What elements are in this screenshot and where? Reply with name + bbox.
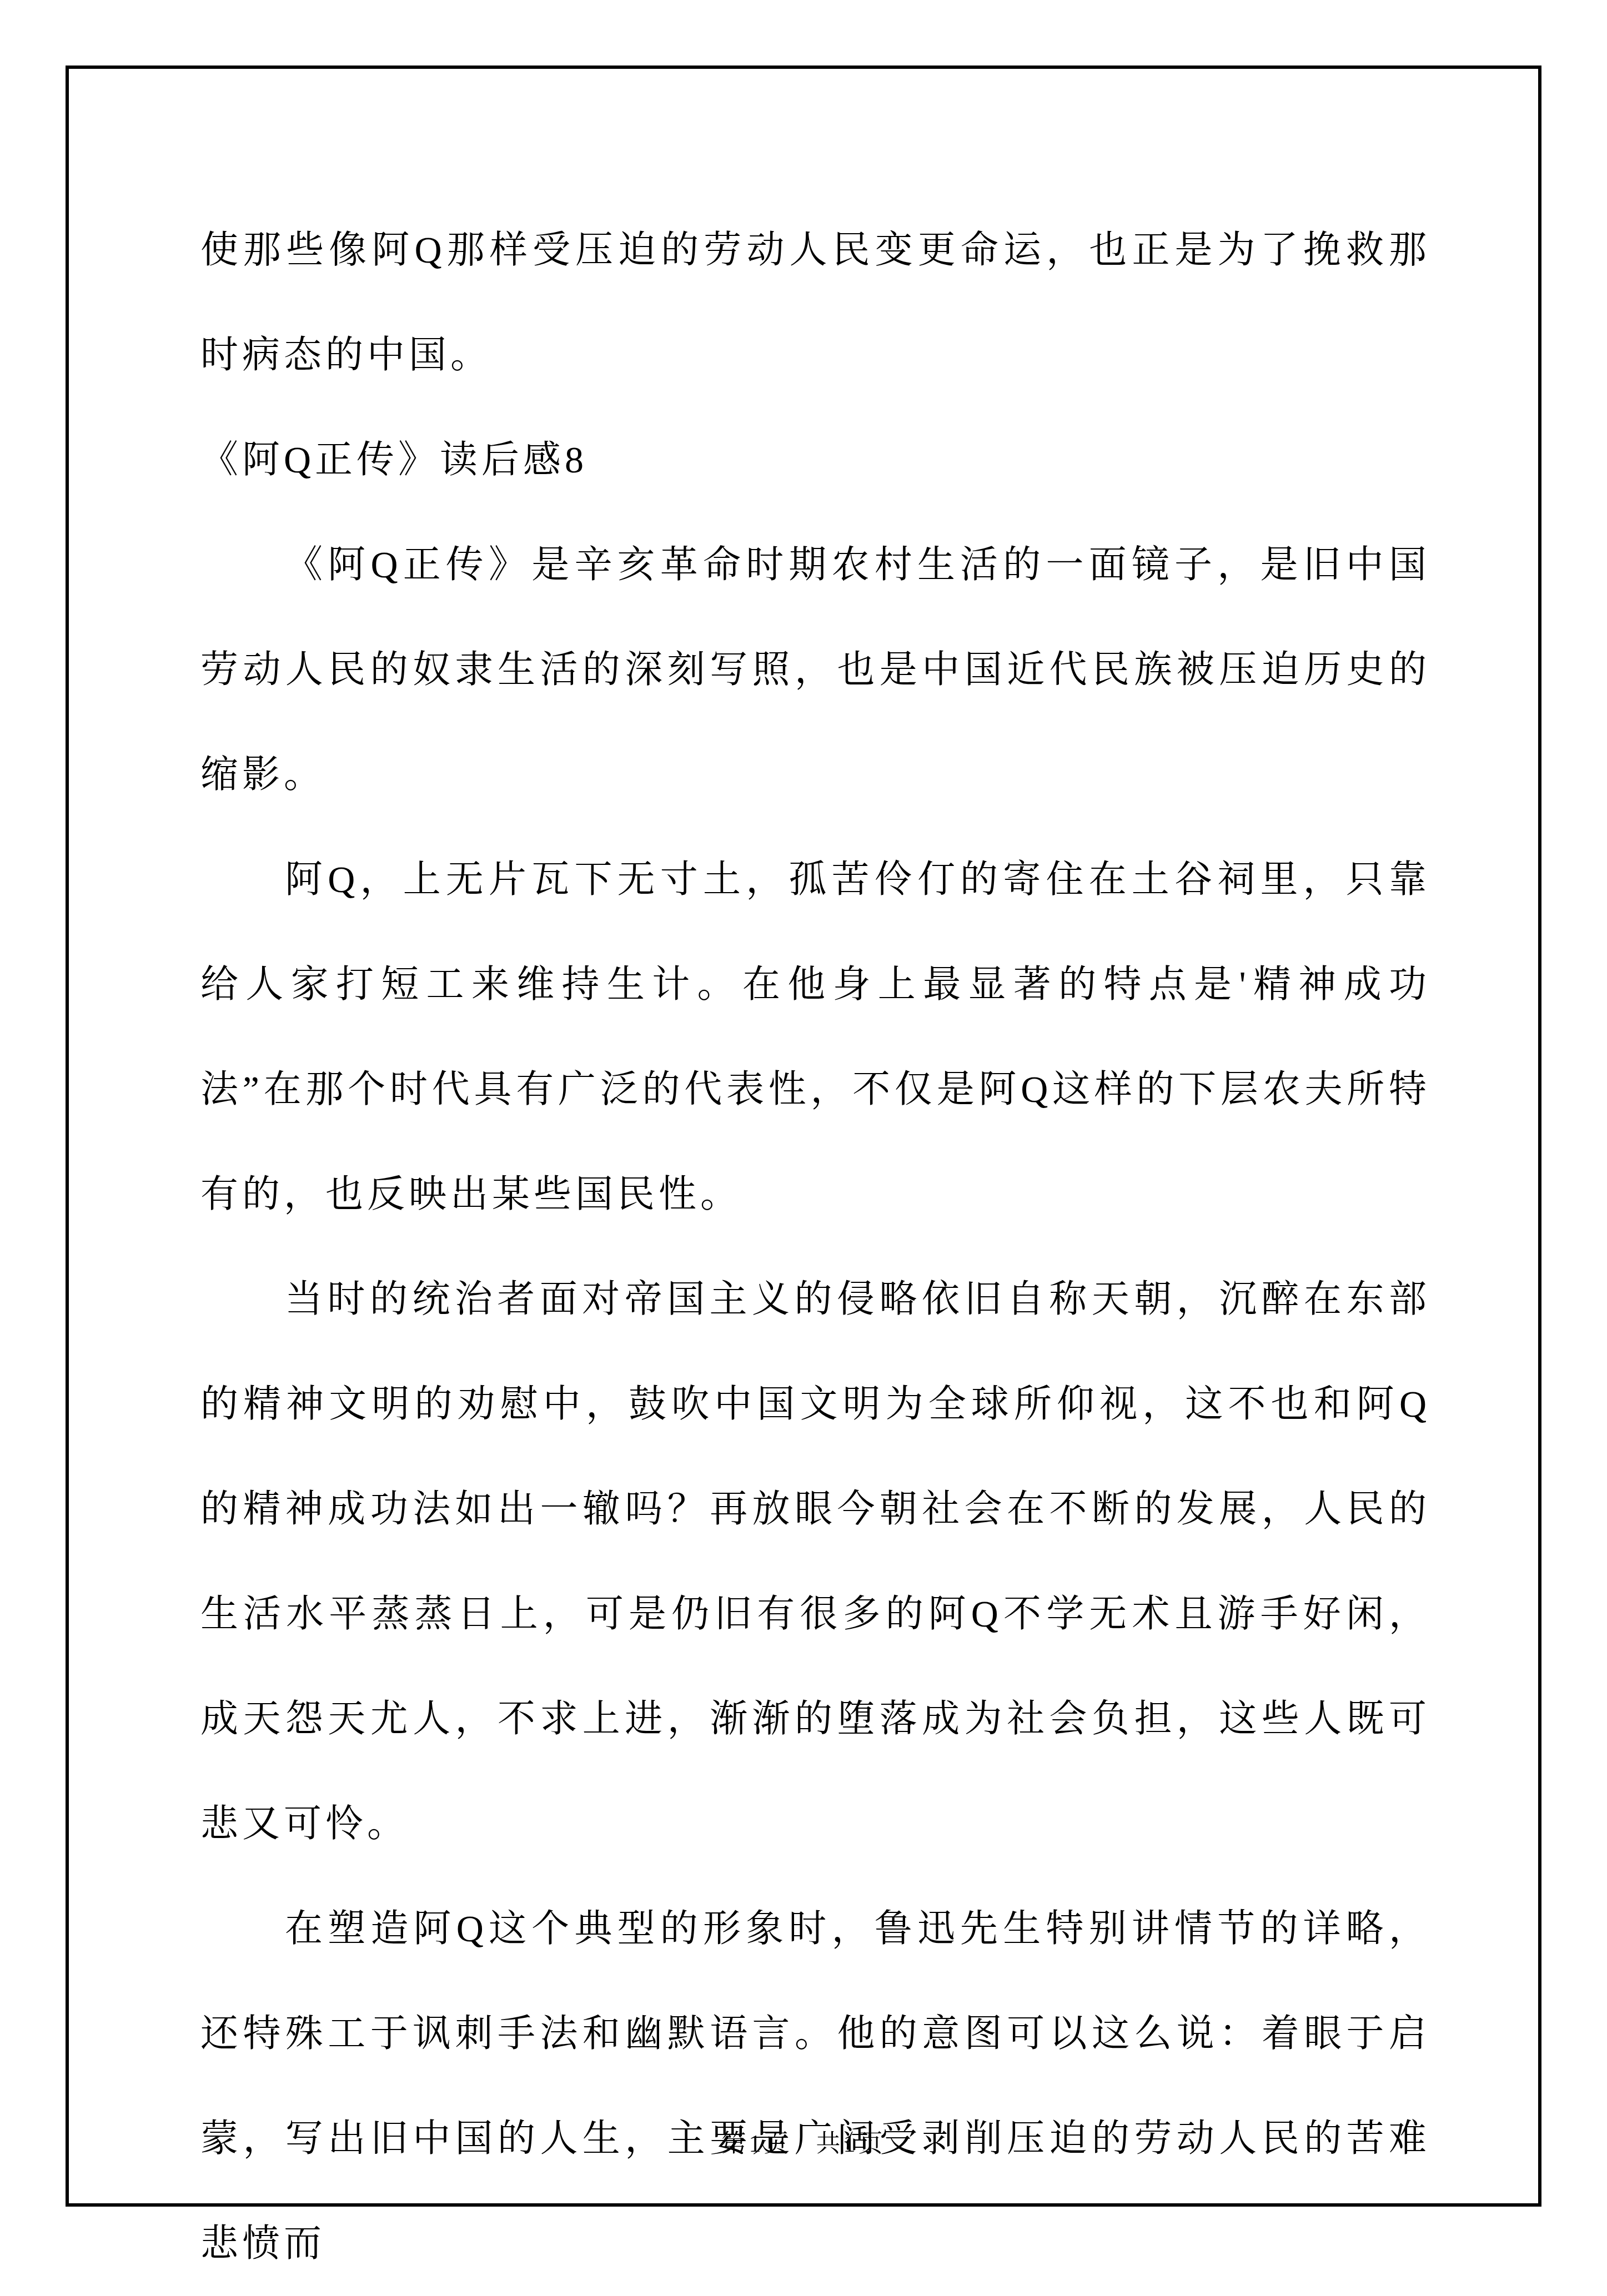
paragraph: 当时的统治者面对帝国主义的侵略依旧自称天朝，沉醉在东部的精神文明的劝慰中，鼓吹中… — [200, 1247, 1430, 1876]
paragraph: 在塑造阿Q这个典型的形象时，鲁迅先生特别讲情节的详略，还特殊工于讽刺手法和幽默语… — [200, 1876, 1430, 2296]
document-content: 使那些像阿Q那样受压迫的劳动人民变更命运，也正是为了挽救那时病态的中国。 《阿Q… — [200, 198, 1430, 2296]
page-number-total: 共1页 — [816, 2130, 886, 2157]
paragraph-continuation: 使那些像阿Q那样受压迫的劳动人民变更命运，也正是为了挽救那时病态的中国。 — [200, 198, 1430, 407]
paragraph: 阿Q，上无片瓦下无寸土，孤苦伶仃的寄住在土谷祠里，只靠给人家打短工来维持生计。在… — [200, 827, 1430, 1247]
page-border: 使那些像阿Q那样受压迫的劳动人民变更命运，也正是为了挽救那时病态的中国。 《阿Q… — [66, 66, 1541, 2207]
section-heading: 《阿Q正传》读后感8 — [200, 407, 1430, 512]
page-footer: 第1页共1页 — [69, 2123, 1538, 2159]
page-number-current: 第1页 — [722, 2130, 791, 2157]
paragraph: 《阿Q正传》是辛亥革命时期农村生活的一面镜子，是旧中国劳动人民的奴隶生活的深刻写… — [200, 512, 1430, 827]
